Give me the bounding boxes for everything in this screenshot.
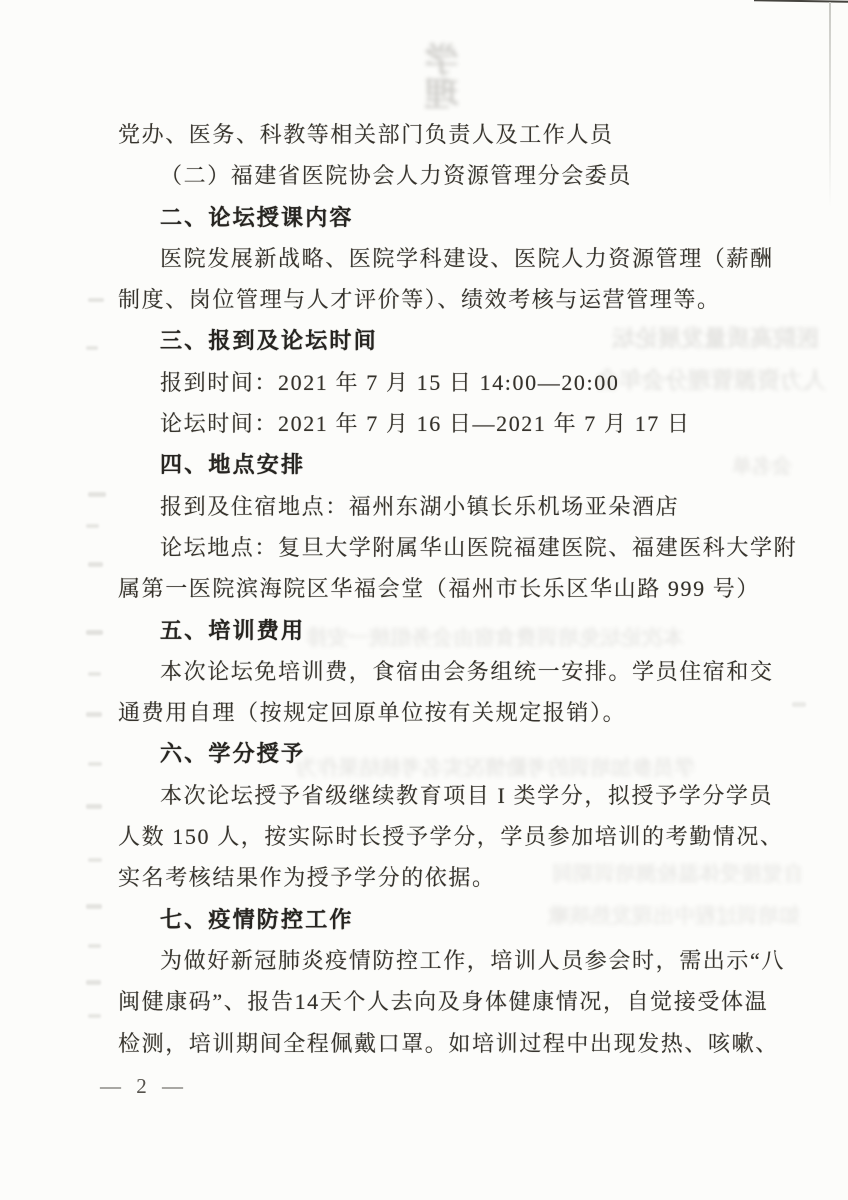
text-line: （二）福建省医院协会人力资源管理分会委员 [118,155,808,196]
text-line: 报到时间：2021 年 7 月 15 日 14:00—20:00 [118,362,808,403]
section-heading: 五、培训费用 [118,610,808,651]
scan-speck [88,672,101,676]
text-line: 为做好新冠肺炎疫情防控工作，培训人员参会时，需出示“八 [118,940,808,981]
section-heading: 七、疫情防控工作 [118,899,808,940]
text-line: 制度、岗位管理与人才评价等）、绩效考核与运营管理等。 [118,279,808,320]
section-heading: 三、报到及论坛时间 [118,320,808,361]
page-number: — 2 — [100,1074,188,1099]
text-line: 检测，培训期间全程佩戴口罩。如培训过程中出现发热、咳嗽、 [118,1023,808,1064]
text-line: 实名考核结果作为授予学分的依据。 [118,857,808,898]
text-line: 人数 150 人，按实际时长授予学分，学员参加培训的考勤情况、 [118,816,808,857]
text-line: 论坛地点：复旦大学附属华山医院福建医院、福建医科大学附 [118,527,808,568]
scan-speck [86,630,103,635]
scan-edge-line-right [829,2,831,208]
text-line: 党办、医务、科教等相关部门负责人及工作人员 [118,114,808,155]
scan-speck [86,904,102,909]
scan-speck [86,346,98,350]
text-line: 本次论坛免培训费，食宿由会务组统一安排。学员住宿和交 [118,651,808,692]
scan-speck [88,562,103,567]
text-line: 医院发展新战略、医院学科建设、医院人力资源管理（薪酬 [118,238,808,279]
scan-speck [88,944,101,948]
scan-speck [88,298,104,302]
section-heading: 四、地点安排 [118,444,808,485]
document-lines: 党办、医务、科教等相关部门负责人及工作人员（二）福建省医院协会人力资源管理分会委… [118,114,808,1064]
text-line: 闽健康码”、报告14天个人去向及身体健康情况，自觉接受体温 [118,981,808,1022]
text-line: 本次论坛授予省级继续教育项目 I 类学分，拟授予学分学员 [118,775,808,816]
scan-edge-line-top [754,0,848,3]
scan-speck [88,1014,101,1018]
section-heading: 二、论坛授课内容 [118,197,808,238]
text-line: 通费用自理（按规定回原单位按有关规定报销）。 [118,692,808,733]
scan-speck [88,762,102,766]
scan-speck [86,980,101,985]
scan-speck [88,858,102,862]
text-line: 论坛时间：2021 年 7 月 16 日—2021 年 7 月 17 日 [118,403,808,444]
scan-speck [86,524,99,528]
section-heading: 六、学分授予 [118,733,808,774]
text-line: 属第一医院滨海院区华福会堂（福州市长乐区华山路 999 号） [118,568,808,609]
scan-speck [86,712,102,717]
bleedthrough-text: 学理 [420,42,469,110]
scan-speck [88,492,106,497]
text-line: 报到及住宿地点：福州东湖小镇长乐机场亚朵酒店 [118,486,808,527]
scanned-page: 学理 医院高质量发展论坛 人力资源管理分会年会 本次论坛免培训费食宿由会务组统一… [0,0,848,1200]
scan-speck [86,804,102,809]
